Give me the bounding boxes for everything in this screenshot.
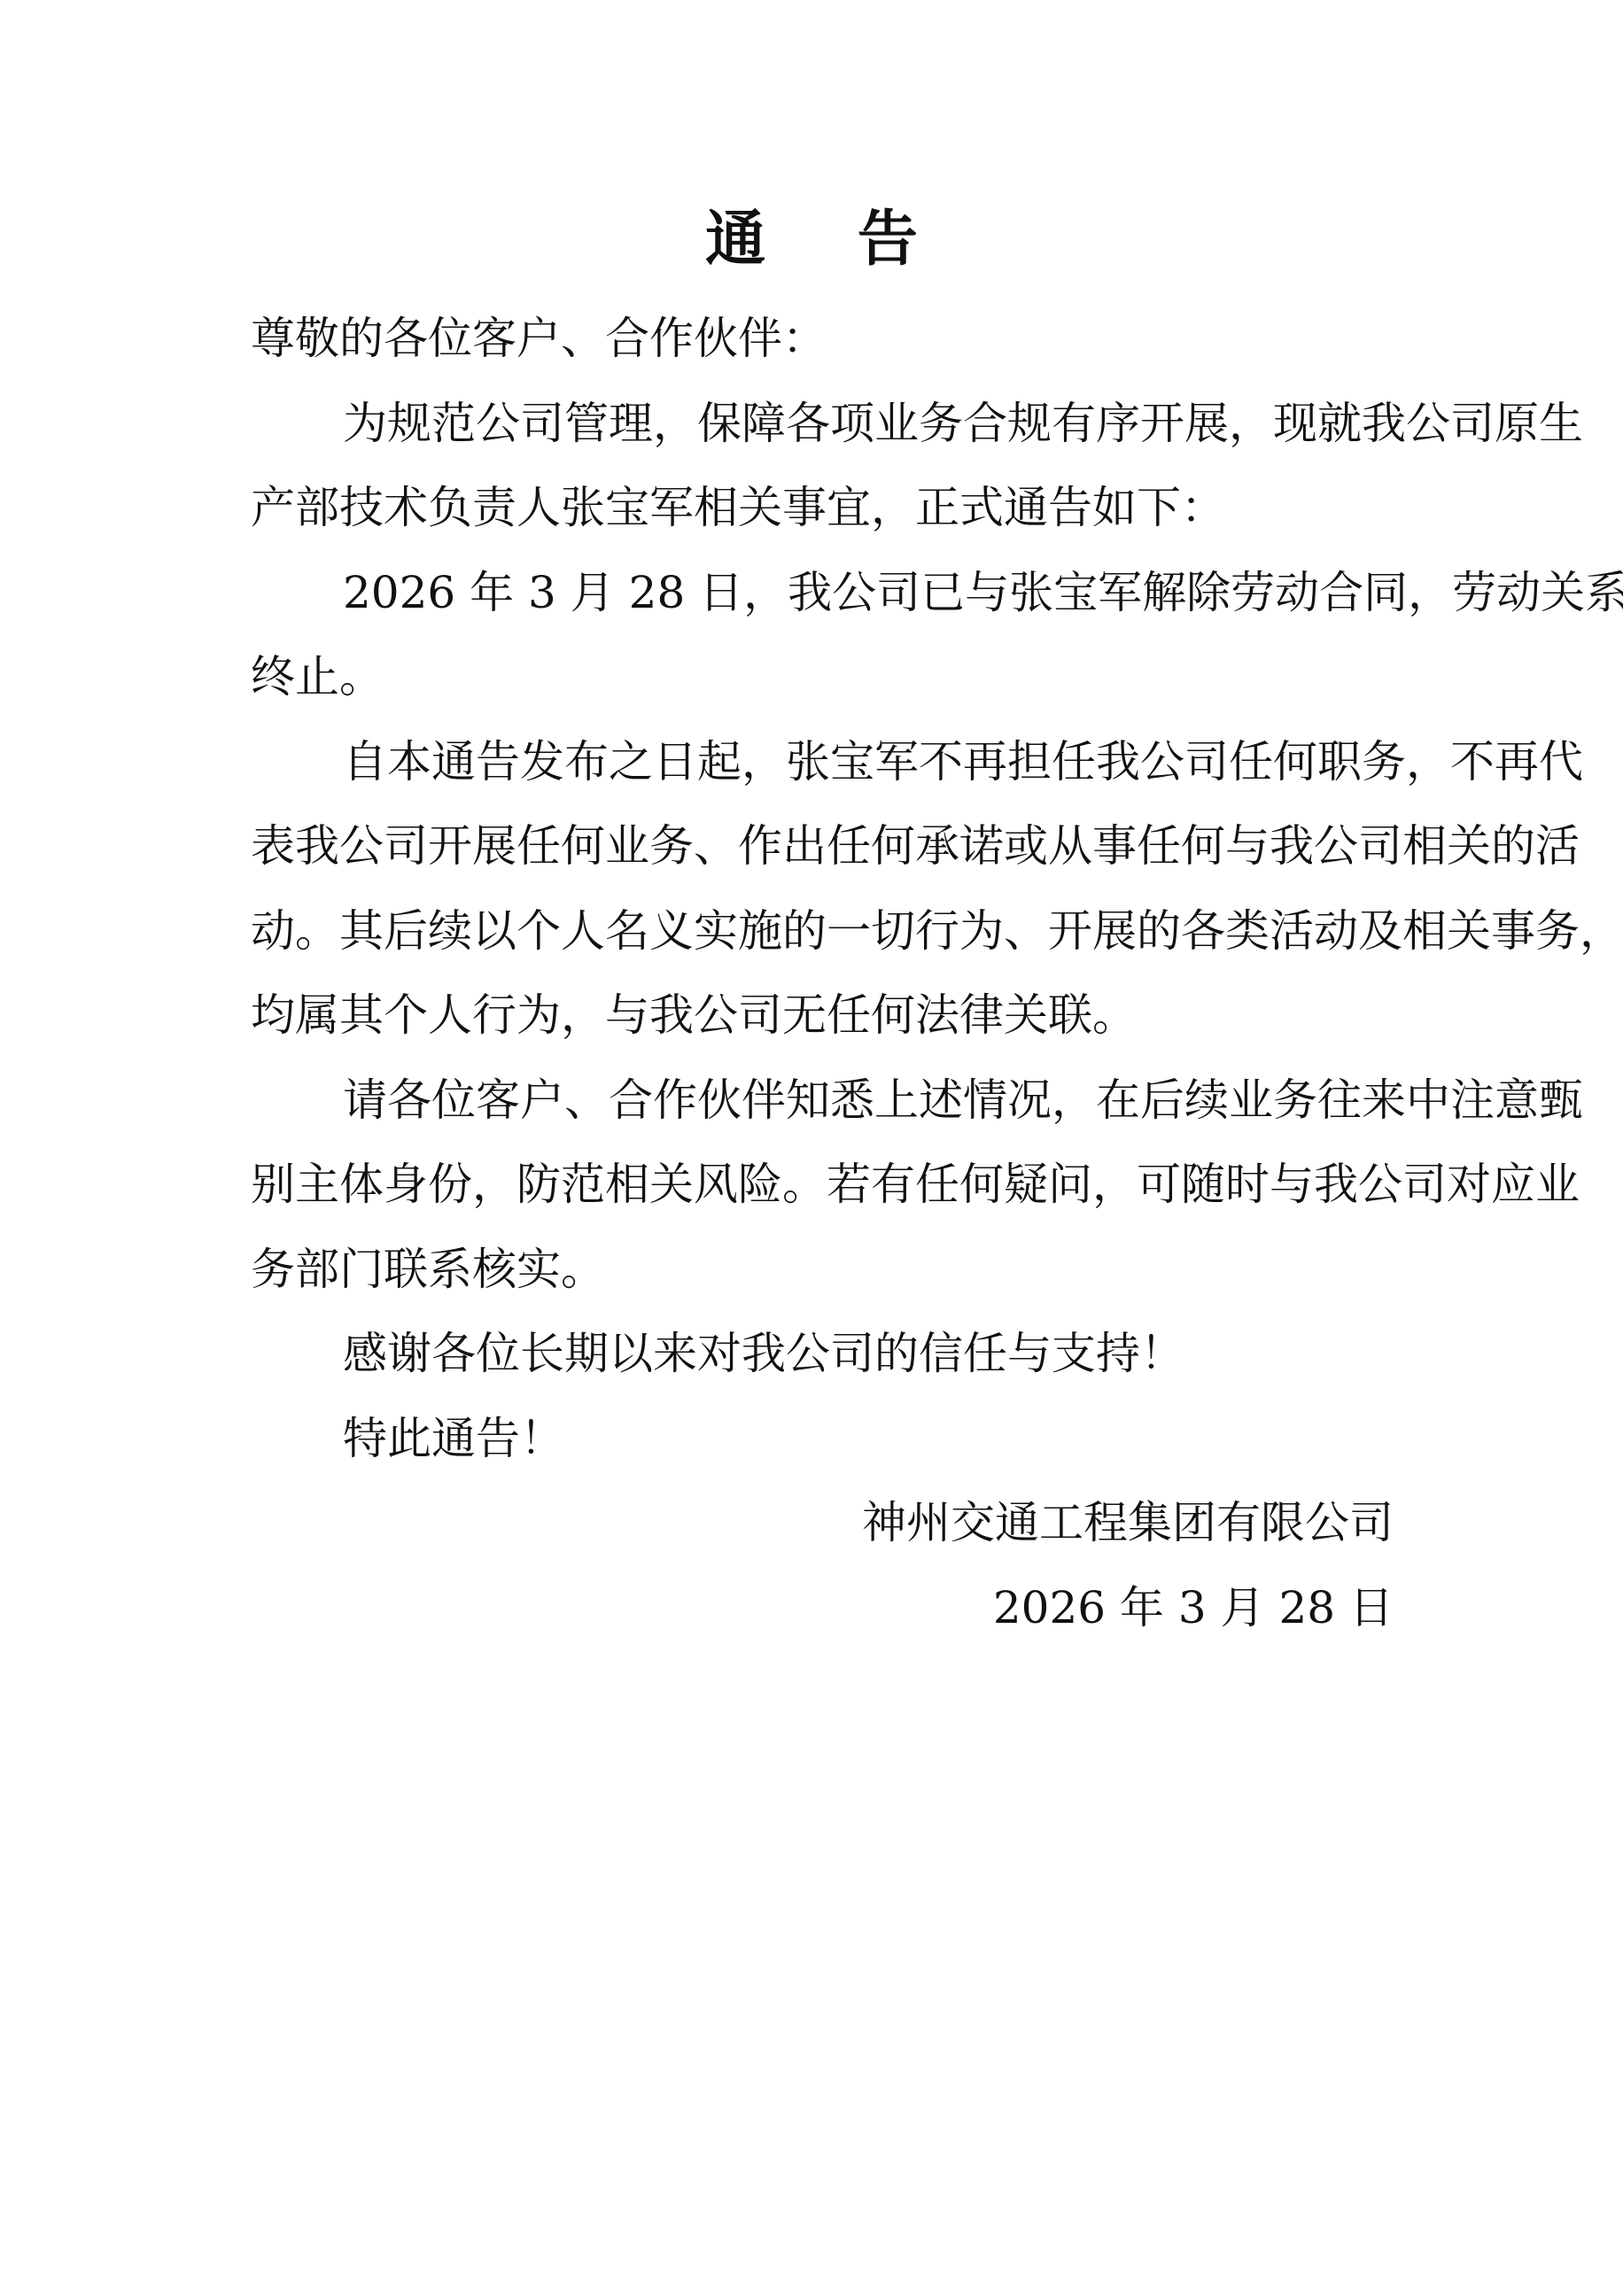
paragraph-line: 产部技术负责人张宝军相关事宜，正式通告如下： [251,466,1394,551]
paragraph-line: 动。其后续以个人名义实施的一切行为、开展的各类活动及相关事务， [251,889,1394,974]
paragraph-line: 为规范公司管理，保障各项业务合规有序开展，现就我公司原生 [251,382,1394,467]
paragraph-line: 别主体身份，防范相关风险。若有任何疑问，可随时与我公司对应业 [251,1143,1394,1228]
paragraph-3: 自本通告发布之日起，张宝军不再担任我公司任何职务，不再代 表我公司开展任何业务、… [251,720,1394,1059]
signature-date: 2026 年 3 月 28 日 [251,1566,1394,1651]
document-page: 通 告 尊敬的各位客户、合作伙伴： 为规范公司管理，保障各项业务合规有序开展，现… [0,0,1623,2296]
document-title: 通 告 [0,199,1623,279]
paragraph-line: 请各位客户、合作伙伴知悉上述情况，在后续业务往来中注意甄 [251,1059,1394,1144]
closing-line: 特此通告！ [251,1397,1394,1482]
paragraph-line: 务部门联系核实。 [251,1228,1394,1313]
paragraph-1: 为规范公司管理，保障各项业务合规有序开展，现就我公司原生 产部技术负责人张宝军相… [251,382,1394,551]
signature-company: 神州交通工程集团有限公司 [251,1481,1394,1566]
paragraph-2: 2026 年 3 月 28 日，我公司已与张宝军解除劳动合同，劳动关系 终止。 [251,551,1394,720]
paragraph-line: 表我公司开展任何业务、作出任何承诺或从事任何与我公司相关的活 [251,804,1394,889]
paragraph-line: 均属其个人行为，与我公司无任何法律关联。 [251,973,1394,1059]
paragraph-line: 自本通告发布之日起，张宝军不再担任我公司任何职务，不再代 [251,720,1394,805]
paragraph-line: 2026 年 3 月 28 日，我公司已与张宝军解除劳动合同，劳动关系 [251,551,1394,636]
salutation: 尊敬的各位客户、合作伙伴： [251,297,1394,382]
thanks-line: 感谢各位长期以来对我公司的信任与支持！ [251,1312,1394,1397]
paragraph-4: 请各位客户、合作伙伴知悉上述情况，在后续业务往来中注意甄 别主体身份，防范相关风… [251,1059,1394,1313]
document-body: 尊敬的各位客户、合作伙伴： 为规范公司管理，保障各项业务合规有序开展，现就我公司… [251,297,1394,1650]
paragraph-line: 终止。 [251,635,1394,720]
